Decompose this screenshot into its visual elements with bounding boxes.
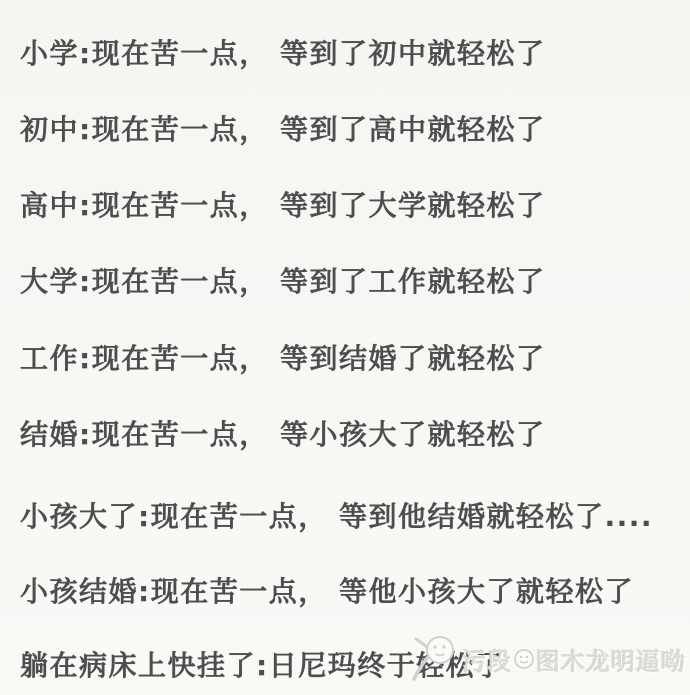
watermark-text-suffix: 图木龙明逼呦 [536, 642, 686, 677]
text-line-work: 工作:现在苦一点， 等到结婚了就轻松了 [20, 337, 545, 377]
smiley-face-icon [513, 648, 535, 670]
text-line-marriage: 结婚:现在苦一点， 等小孩大了就轻松了 [20, 413, 545, 453]
text-line-university: 大学:现在苦一点， 等到了工作就轻松了 [20, 260, 545, 300]
meme-image: 小学:现在苦一点， 等到了初中就轻松了 初中:现在苦一点， 等到了高中就轻松了 … [0, 0, 690, 695]
text-line-kids-married: 小孩结婚:现在苦一点， 等他小孩大了就轻松了 [20, 570, 634, 610]
text-line-deathbed: 躺在病床上快挂了:日尼玛终于轻松了 [20, 644, 505, 684]
text-line-high-school: 高中:现在苦一点， 等到了大学就轻松了 [20, 184, 545, 224]
text-line-middle-school: 初中:现在苦一点， 等到了高中就轻松了 [20, 108, 545, 148]
text-line-kids-grown: 小孩大了:现在苦一点， 等到他结婚就轻松了.... [20, 495, 653, 535]
text-line-primary-school: 小学:现在苦一点， 等到了初中就轻松了 [20, 32, 545, 72]
